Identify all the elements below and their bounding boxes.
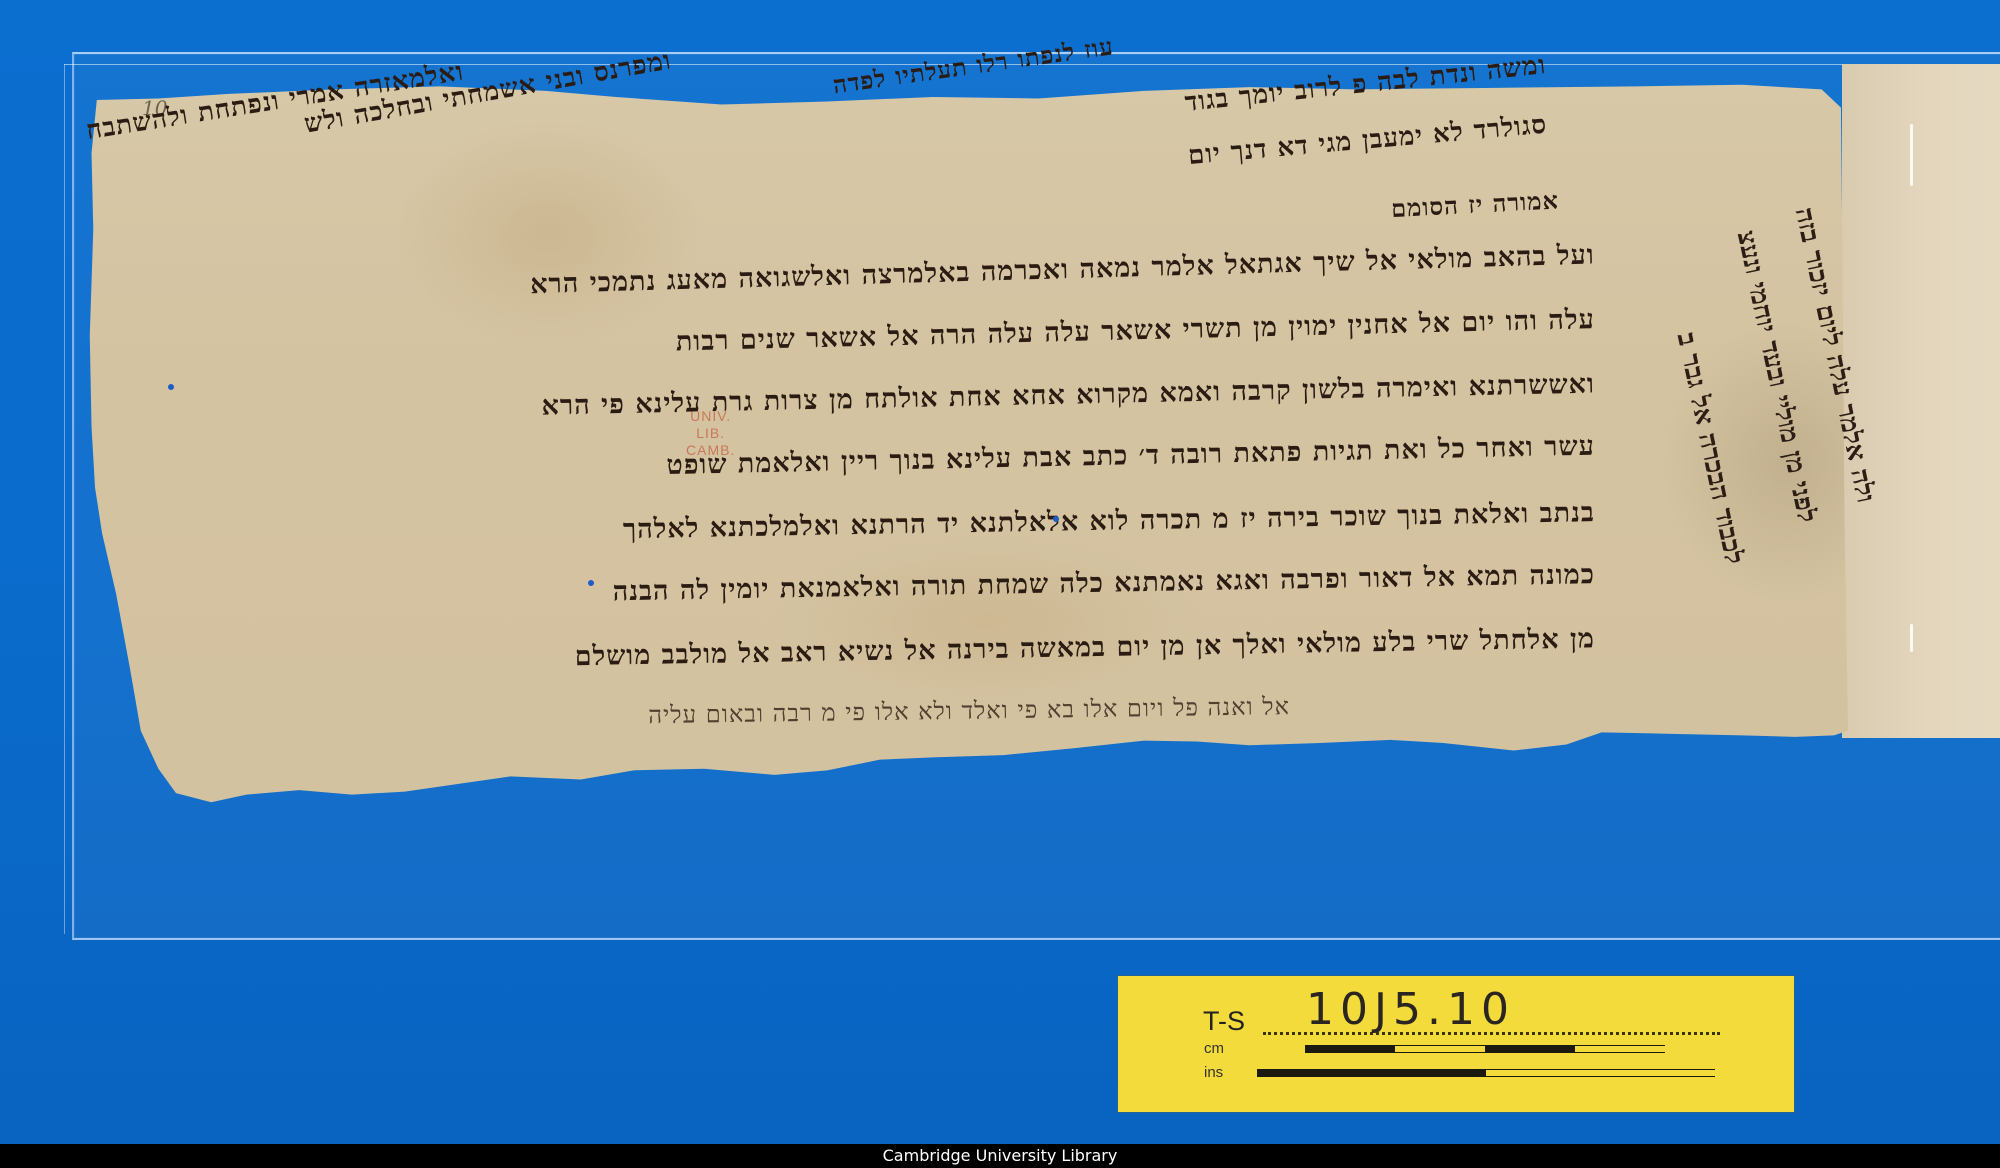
backing-card — [1842, 64, 2000, 738]
image-credit-footer: Cambridge University Library — [0, 1144, 2000, 1168]
photograph-stage: 10 ואלמאזרה אמרי ונפתחת ולהשתבח ומפרנס ו… — [0, 0, 2000, 1144]
shelfmark-label: T-S 10J5.10 cm ins — [1118, 976, 1794, 1112]
staple-mark — [1910, 624, 1913, 652]
sleeve-edge-left — [64, 64, 65, 934]
shelfmark-handwritten: 10J5.10 — [1306, 984, 1515, 1035]
stamp-line: LIB. — [686, 425, 735, 442]
library-stamp: UNIV. LIB. CAMB. — [686, 408, 735, 459]
stamp-line: UNIV. — [686, 408, 735, 425]
scale-label-cm: cm — [1204, 1040, 1224, 1057]
shelfmark-prefix: T-S — [1203, 1006, 1245, 1037]
stamp-line: CAMB. — [686, 442, 735, 459]
scale-label-ins: ins — [1204, 1064, 1223, 1081]
blue-speck — [1053, 516, 1059, 522]
blue-speck — [588, 580, 594, 586]
staple-mark — [1910, 124, 1913, 186]
blue-speck — [168, 384, 174, 390]
inch-scale-bar — [1257, 1069, 1715, 1077]
cm-scale-bar — [1305, 1045, 1665, 1053]
